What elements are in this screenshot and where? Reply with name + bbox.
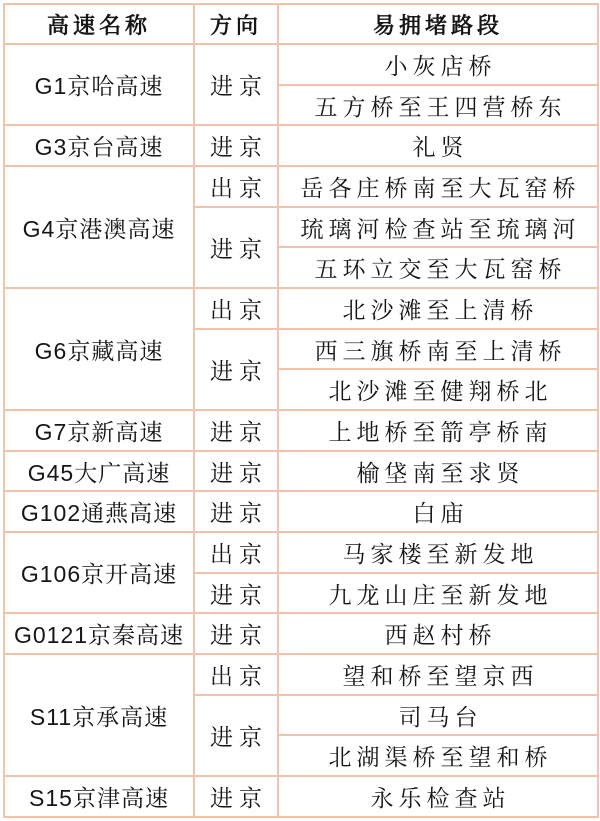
- direction-cell: 出京: [194, 532, 278, 573]
- table-row: G1京哈高速进京小灰店桥: [4, 44, 598, 85]
- segment-cell: 永乐检查站: [278, 776, 598, 817]
- segment-cell: 榆垡南至求贤: [278, 451, 598, 492]
- segment-cell: 马家楼至新发地: [278, 532, 598, 573]
- table-row: S15京津高速进京永乐检查站: [4, 776, 598, 817]
- highway-name-cell: S11京承高速: [4, 654, 194, 776]
- direction-cell: 进京: [194, 410, 278, 451]
- direction-cell: 出京: [194, 288, 278, 329]
- highway-name-cell: G0121京秦高速: [4, 613, 194, 654]
- direction-cell: 进京: [194, 329, 278, 410]
- table-row: G3京台高速进京礼贤: [4, 125, 598, 166]
- header-congestion-segment: 易拥堵路段: [278, 4, 598, 44]
- segment-cell: 礼贤: [278, 125, 598, 166]
- direction-cell: 进京: [194, 573, 278, 614]
- highway-name-cell: G45大广高速: [4, 451, 194, 492]
- table-row: G7京新高速进京上地桥至箭亭桥南: [4, 410, 598, 451]
- table-row: S11京承高速出京望和桥至望京西: [4, 654, 598, 695]
- segment-cell: 白庙: [278, 491, 598, 532]
- segment-cell: 北湖渠桥至望和桥: [278, 735, 598, 776]
- page: 高速名称 方向 易拥堵路段 G1京哈高速进京小灰店桥五方桥至王四营桥东G3京台高…: [0, 0, 600, 821]
- highway-name-cell: S15京津高速: [4, 776, 194, 817]
- header-highway-name: 高速名称: [4, 4, 194, 44]
- direction-cell: 出京: [194, 654, 278, 695]
- table-row: G102通燕高速进京白庙: [4, 491, 598, 532]
- table-header: 高速名称 方向 易拥堵路段: [4, 4, 598, 44]
- segment-cell: 司马台: [278, 695, 598, 736]
- highway-name-cell: G6京藏高速: [4, 288, 194, 410]
- header-row: 高速名称 方向 易拥堵路段: [4, 4, 598, 44]
- highway-name-cell: G102通燕高速: [4, 491, 194, 532]
- segment-cell: 望和桥至望京西: [278, 654, 598, 695]
- table-row: G4京港澳高速出京岳各庄桥南至大瓦窑桥: [4, 166, 598, 207]
- direction-cell: 出京: [194, 166, 278, 207]
- segment-cell: 北沙滩至健翔桥北: [278, 369, 598, 410]
- highway-name-cell: G106京开高速: [4, 532, 194, 613]
- segment-cell: 五方桥至王四营桥东: [278, 85, 598, 126]
- segment-cell: 五环立交至大瓦窑桥: [278, 247, 598, 288]
- direction-cell: 进京: [194, 613, 278, 654]
- highway-name-cell: G1京哈高速: [4, 44, 194, 125]
- segment-cell: 上地桥至箭亭桥南: [278, 410, 598, 451]
- table-row: G45大广高速进京榆垡南至求贤: [4, 451, 598, 492]
- table-row: G106京开高速出京马家楼至新发地: [4, 532, 598, 573]
- direction-cell: 进京: [194, 451, 278, 492]
- highway-name-cell: G7京新高速: [4, 410, 194, 451]
- segment-cell: 北沙滩至上清桥: [278, 288, 598, 329]
- highway-name-cell: G4京港澳高速: [4, 166, 194, 288]
- direction-cell: 进京: [194, 695, 278, 776]
- table-body: G1京哈高速进京小灰店桥五方桥至王四营桥东G3京台高速进京礼贤G4京港澳高速出京…: [4, 44, 598, 817]
- segment-cell: 西三旗桥南至上清桥: [278, 329, 598, 370]
- segment-cell: 西赵村桥: [278, 613, 598, 654]
- direction-cell: 进京: [194, 491, 278, 532]
- segment-cell: 九龙山庄至新发地: [278, 573, 598, 614]
- segment-cell: 琉璃河检查站至琉璃河: [278, 207, 598, 248]
- direction-cell: 进京: [194, 44, 278, 125]
- direction-cell: 进京: [194, 125, 278, 166]
- direction-cell: 进京: [194, 776, 278, 817]
- table-row: G0121京秦高速进京西赵村桥: [4, 613, 598, 654]
- header-direction: 方向: [194, 4, 278, 44]
- congestion-table: 高速名称 方向 易拥堵路段 G1京哈高速进京小灰店桥五方桥至王四营桥东G3京台高…: [3, 3, 599, 818]
- table-row: G6京藏高速出京北沙滩至上清桥: [4, 288, 598, 329]
- highway-name-cell: G3京台高速: [4, 125, 194, 166]
- direction-cell: 进京: [194, 207, 278, 288]
- segment-cell: 岳各庄桥南至大瓦窑桥: [278, 166, 598, 207]
- segment-cell: 小灰店桥: [278, 44, 598, 85]
